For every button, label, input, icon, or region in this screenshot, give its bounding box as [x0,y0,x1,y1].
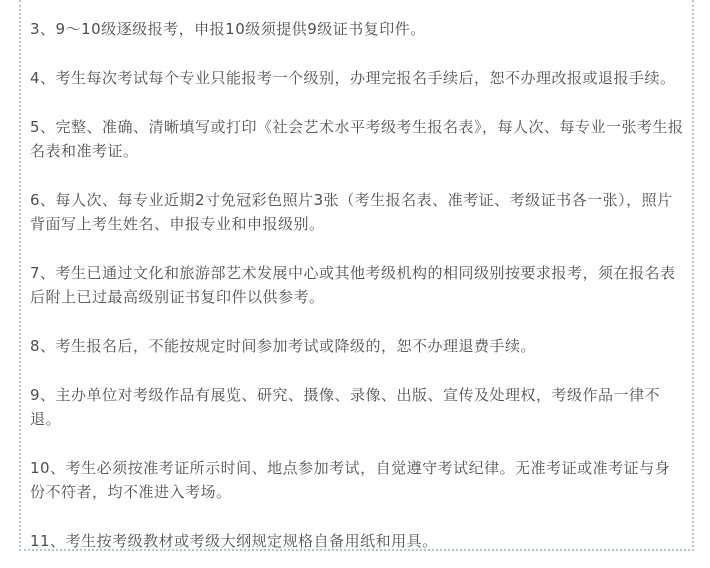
notice-item-8: 8、考生报名后，不能按规定时间参加考试或降级的，恕不办理退费手续。 [30,334,684,358]
notice-item-5: 5、完整、准确、清晰填写或打印《社会艺术水平考级考生报名表》，每人次、每专业一张… [30,115,684,163]
notice-item-6: 6、每人次、每专业近期2寸免冠彩色照片3张（考生报名表、准考证、考级证书各一张）… [30,188,684,236]
notice-item-11: 11、考生按考级教材或考级大纲规定规格自备用纸和用具。 [30,529,684,553]
notice-item-10: 10、考生必须按准考证所示时间、地点参加考试，自觉遵守考试纪律。无准考证或准考证… [30,456,684,504]
notice-item-9: 9、主办单位对考级作品有展览、研究、摄像、录像、出版、宣传及处理权，考级作品一律… [30,383,684,431]
notice-item-7: 7、考生已通过文化和旅游部艺术发展中心或其他考级机构的相同级别按要求报考，须在报… [30,261,684,309]
notice-item-4: 4、考生每次考试每个专业只能报考一个级别，办理完报名手续后，恕不办理改报或退报手… [30,66,684,90]
document-page: { "notice": { "text_color": "#4d4d4d", "… [0,0,710,568]
notice-item-3: 3、9～10级逐级报考，申报10级须提供9级证书复印件。 [30,17,684,41]
notice-panel: 3、9～10级逐级报考，申报10级须提供9级证书复印件。 4、考生每次考试每个专… [19,0,694,551]
